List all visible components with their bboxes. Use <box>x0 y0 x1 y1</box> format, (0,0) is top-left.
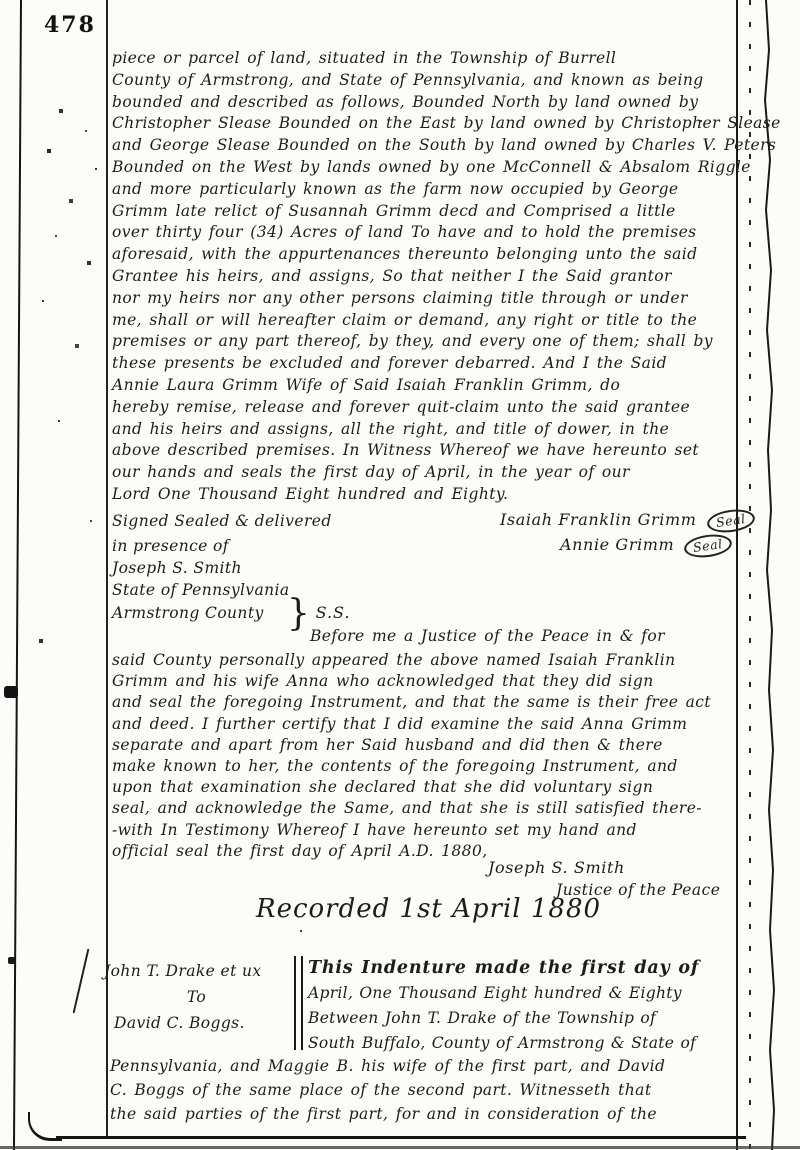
party-line: To <box>104 984 289 1010</box>
handwritten-line: upon that examination she declared that … <box>112 777 736 798</box>
signature-name: Isaiah Franklin Grimm <box>500 510 697 529</box>
handwritten-line: April, One Thousand Eight hundred & Eigh… <box>308 981 736 1006</box>
party-line: David C. Boggs. <box>104 1010 289 1036</box>
handwritten-line: bounded and described as follows, Bounde… <box>112 92 736 114</box>
handwritten-line: seal, and acknowledge the Same, and that… <box>112 798 736 819</box>
bottom-rule <box>56 1136 746 1139</box>
handwritten-line: make known to her, the contents of the f… <box>112 756 736 777</box>
county-caption: Armstrong County } S.S. <box>112 603 736 624</box>
party-line: John T. Drake et ux <box>104 958 289 984</box>
handwritten-line: and deed. I further certify that I did e… <box>112 714 736 735</box>
party-divider-rule <box>294 956 303 1050</box>
handwritten-line: separate and apart from her Said husband… <box>112 735 736 756</box>
acknowledgment-text: said County personally appeared the abov… <box>112 650 736 862</box>
handwritten-line: Bounded on the West by lands owned by on… <box>112 157 736 179</box>
handwritten-line: Grantee his heirs, and assigns, So that … <box>112 266 736 288</box>
handwritten-line: South Buffalo, County of Armstrong & Sta… <box>308 1031 736 1056</box>
handwritten-line: over thirty four (34) Acres of land To h… <box>112 222 736 244</box>
seal-mark: Seal <box>705 507 755 535</box>
handwritten-line: piece or parcel of land, situated in the… <box>112 48 736 70</box>
handwritten-line: said County personally appeared the abov… <box>112 650 736 671</box>
acknowledgment-opening: Before me a Justice of the Peace in & fo… <box>310 627 665 645</box>
handwritten-line: premises or any part thereof, by they, a… <box>112 331 736 353</box>
handwritten-line: above described premises. In Witness Whe… <box>112 440 736 462</box>
handwritten-line: aforesaid, with the appurtenances thereu… <box>112 244 736 266</box>
handwritten-line: and George Slease Bounded on the South b… <box>112 135 736 157</box>
handwritten-line: the said parties of the first part, for … <box>110 1102 736 1126</box>
deed2-body-text: Pennsylvania, and Maggie B. his wife of … <box>110 1054 736 1126</box>
handwritten-line: these presents be excluded and forever d… <box>112 353 736 375</box>
seal-mark: Seal <box>683 532 733 560</box>
torn-page-edge <box>752 0 782 1150</box>
ink-blot-small <box>8 957 16 964</box>
justice-signature: Joseph S. Smith <box>488 858 625 877</box>
handwritten-line: Christopher Slease Bounded on the East b… <box>112 113 736 135</box>
state-caption: State of Pennsylvania <box>112 581 736 599</box>
handwritten-line: me, shall or will hereafter claim or dem… <box>112 310 736 332</box>
page-number: 478 <box>44 12 96 38</box>
deed1-body-text: piece or parcel of land, situated in the… <box>112 48 736 506</box>
scan-speckles <box>0 0 2 2</box>
scan-bottom-edge <box>0 1146 800 1149</box>
handwritten-line: -with In Testimony Whereof I have hereun… <box>112 820 736 841</box>
handwritten-line: Pennsylvania, and Maggie B. his wife of … <box>110 1054 736 1078</box>
caption-brace: } <box>287 593 310 634</box>
handwritten-line: Grimm late relict of Susannah Grimm decd… <box>112 201 736 223</box>
deed2-opening-text: This Indenture made the first day ofApri… <box>308 956 736 1056</box>
deed2-party-column: John T. Drake et uxToDavid C. Boggs. <box>104 958 289 1036</box>
handwritten-line: County of Armstrong, and State of Pennsy… <box>112 70 736 92</box>
deed-book-scanned-page: 478 piece or parcel of land, situated in… <box>0 0 800 1150</box>
handwritten-line: official seal the first day of April A.D… <box>112 841 736 862</box>
signature-grantor-wife: Annie GrimmSeal <box>560 535 732 557</box>
signature-grantor: Isaiah Franklin GrimmSeal <box>500 510 754 532</box>
handwritten-line: Between John T. Drake of the Township of <box>308 1006 736 1031</box>
handwritten-line: Lord One Thousand Eight hundred and Eigh… <box>112 484 736 506</box>
handwritten-line: Annie Laura Grimm Wife of Said Isaiah Fr… <box>112 375 736 397</box>
ss-abbreviation: S.S. <box>316 603 351 622</box>
handwritten-line: Grimm and his wife Anna who acknowledged… <box>112 671 736 692</box>
county-name: Armstrong County <box>112 604 264 622</box>
handwritten-line: This Indenture made the first day of <box>308 956 736 981</box>
handwritten-line: and his heirs and assigns, all the right… <box>112 419 736 441</box>
signature-name: Annie Grimm <box>560 535 674 554</box>
handwritten-line: our hands and seals the first day of Apr… <box>112 462 736 484</box>
handwritten-line: and seal the foregoing Instrument, and t… <box>112 692 736 713</box>
ink-blot <box>4 686 18 698</box>
binding-edge-line <box>13 0 22 1150</box>
handwritten-line: C. Boggs of the same place of the second… <box>110 1078 736 1102</box>
handwritten-line: and more particularly known as the farm … <box>112 179 736 201</box>
witness-name: Joseph S. Smith <box>112 559 736 577</box>
handwritten-line: nor my heirs nor any other persons claim… <box>112 288 736 310</box>
recorded-annotation: Recorded 1st April 1880 <box>256 894 601 924</box>
margin-flourish-stroke <box>73 949 90 1014</box>
handwritten-line: hereby remise, release and forever quit-… <box>112 397 736 419</box>
